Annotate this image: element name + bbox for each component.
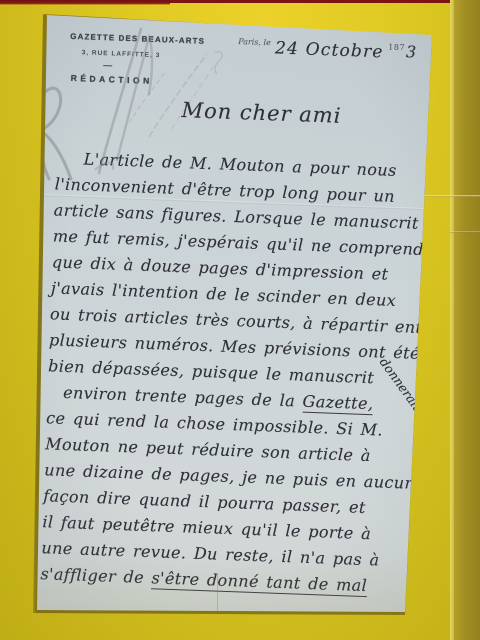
letter-photo-background: GAZETTE DES BEAUX-ARTS 3, RUE LAFFITTE, … [0, 0, 480, 640]
paper-bottom-crease [217, 573, 218, 613]
letterhead-masthead: GAZETTE DES BEAUX-ARTS [70, 32, 205, 46]
letterhead-rule [103, 65, 112, 66]
backing-dark-band [454, 0, 480, 640]
underlined-word-gazette: Gazette, [302, 392, 374, 416]
photo-top-edge-left [0, 0, 170, 5]
backing-crease-line-2 [450, 231, 480, 233]
letter-writing-surface: GAZETTE DES BEAUX-ARTS 3, RUE LAFFITTE, … [25, 15, 433, 627]
letter-body: L'article de M. Mouton a pour nous l'inc… [40, 145, 428, 600]
letterhead-section: RÉDACTION [71, 73, 153, 86]
underlined-closing-phrase: s'être donné tant de mal [151, 568, 367, 597]
salutation: Mon cher ami [181, 98, 342, 128]
dateline-handwritten-date: 24 Octobre [275, 38, 384, 62]
letter-paper: GAZETTE DES BEAUX-ARTS 3, RUE LAFFITTE, … [37, 13, 436, 614]
dateline-printed-year: 187 [388, 43, 405, 53]
letterhead-address: 3, RUE LAFFITTE, 3 [82, 49, 161, 59]
dateline-handwritten-year: 3 [406, 42, 417, 61]
body-line-17-text: s'affliger de [40, 564, 152, 587]
dateline-printed-place: Paris, le [238, 37, 271, 47]
dateline: Paris, le 24 Octobre 1873 [237, 36, 416, 70]
